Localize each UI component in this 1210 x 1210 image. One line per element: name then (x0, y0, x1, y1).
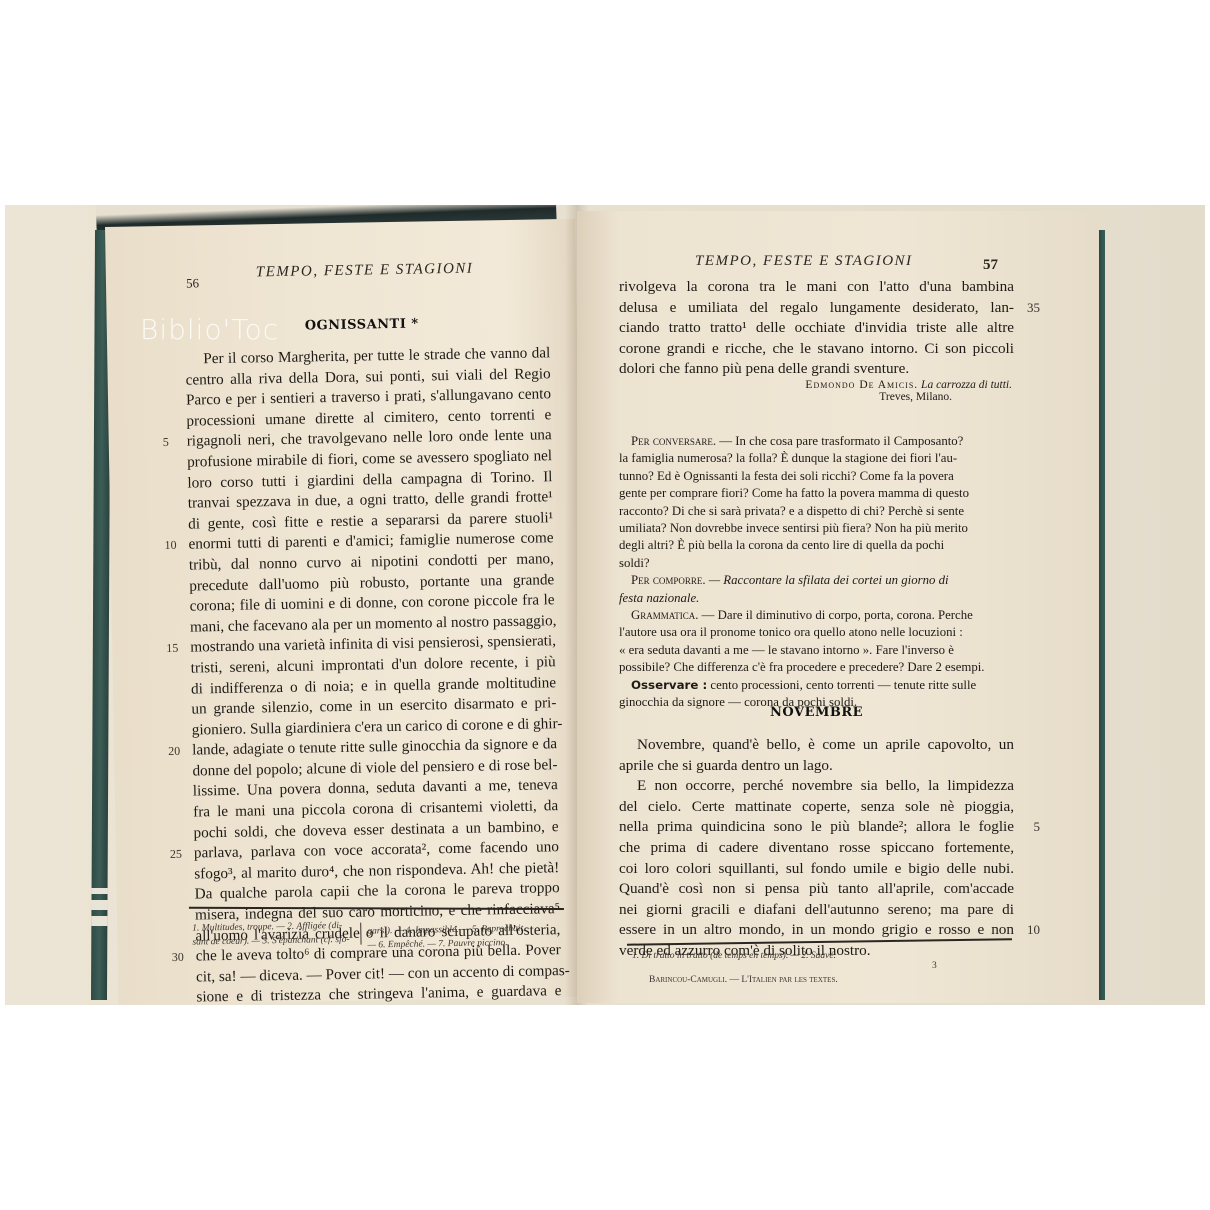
text-line: che prima di cadere diventano rosse spic… (619, 838, 1014, 859)
novembre-text: Novembre, quand'è bello, è come un april… (619, 735, 1014, 962)
text-line: coi loro colori squillanti, sul fondo um… (619, 859, 1014, 880)
text-line: nella prima quindicina sono le più bland… (619, 817, 1014, 838)
grammatica-label: Grammatica. (631, 608, 698, 622)
book-photo: 56 TEMPO, FESTE E STAGIONI OGNISSANTI * … (5, 205, 1205, 1005)
watermark-logo: Biblio'Toc (140, 313, 279, 346)
signature-mark: 3 (932, 959, 937, 973)
continuation-text: rivolgeva la corona tra le mani con l'at… (619, 277, 1014, 380)
publisher: Treves, Milano. (747, 391, 1012, 403)
author-name: Edmondo De Amicis. (805, 379, 918, 391)
text-line: nei giorni gracili e diafani dell'autunn… (619, 900, 1014, 921)
text-line: corone grandi e ricche, che le stavano i… (619, 339, 1014, 360)
line-number: 10 (1027, 920, 1040, 941)
footnote: 1. Di tratto in tratto (de temps en temp… (632, 949, 836, 963)
text-line: E non occorre, perché novembre sia bello… (619, 776, 1014, 797)
text-line: delusa e umiliata del regalo lungamente … (619, 298, 1014, 319)
imprint: Barincou-Camugli. — L'Italien par les te… (649, 973, 838, 987)
text-line: Quand'è così non si pensa più tanto all'… (619, 879, 1014, 900)
page-number: 57 (983, 257, 998, 274)
running-head: TEMPO, FESTE E STAGIONI (695, 253, 913, 270)
footnotes-right-column: garsi). — 4. Impassible. — 5. Reprochait… (367, 922, 526, 953)
text-line: essere in un altro mondo, in un mondo gr… (619, 920, 1014, 941)
line-number: 5 (1034, 817, 1041, 838)
text-line: dolori che fanno più pena delle grandi s… (619, 359, 1014, 380)
line-number: 30 (172, 947, 184, 968)
line-number: 5 (163, 432, 169, 453)
text-line: del cielo. Certe mattinate coperte, senz… (619, 797, 1014, 818)
text-line: ciando tratto tratto¹ delle occhiate d'i… (619, 318, 1014, 339)
footnotes-left-column: 1. Multitudes, troupe. — 2. Affligée (di… (192, 919, 350, 950)
text-line: Novembre, quand'è bello, è come un april… (619, 735, 1014, 756)
text-line: rivolgeva la corona tra le mani con l'at… (619, 277, 1014, 298)
page-number: 56 (186, 275, 199, 291)
line-number: 20 (168, 741, 180, 762)
body-text: Per il corso Margherita, per tutte le st… (185, 343, 561, 1005)
exercises: Per conversare. — In che cosa pare trasf… (619, 433, 1019, 712)
section-title: OGNISSANTI * (305, 317, 419, 334)
line-number: 10 (164, 535, 176, 556)
text-line: aprile che si guarda dentro un lago. (619, 756, 1014, 777)
running-head: TEMPO, FESTE E STAGIONI (256, 261, 474, 282)
work-title: La carrozza di tutti. (921, 379, 1012, 391)
osservare-label: Osservare : (631, 678, 707, 692)
per-comporre-label: Per comporre. (631, 573, 706, 587)
line-number: 35 (1027, 298, 1040, 319)
section-title: NOVEMBRE (770, 705, 863, 720)
line-number: 25 (170, 844, 182, 865)
right-page: TEMPO, FESTE E STAGIONI 57 rivolgeva la … (577, 211, 1099, 1003)
line-number: 15 (166, 638, 178, 659)
per-conversare-label: Per conversare. (631, 434, 716, 448)
attribution: Edmondo De Amicis. La carrozza di tutti.… (747, 379, 1012, 403)
